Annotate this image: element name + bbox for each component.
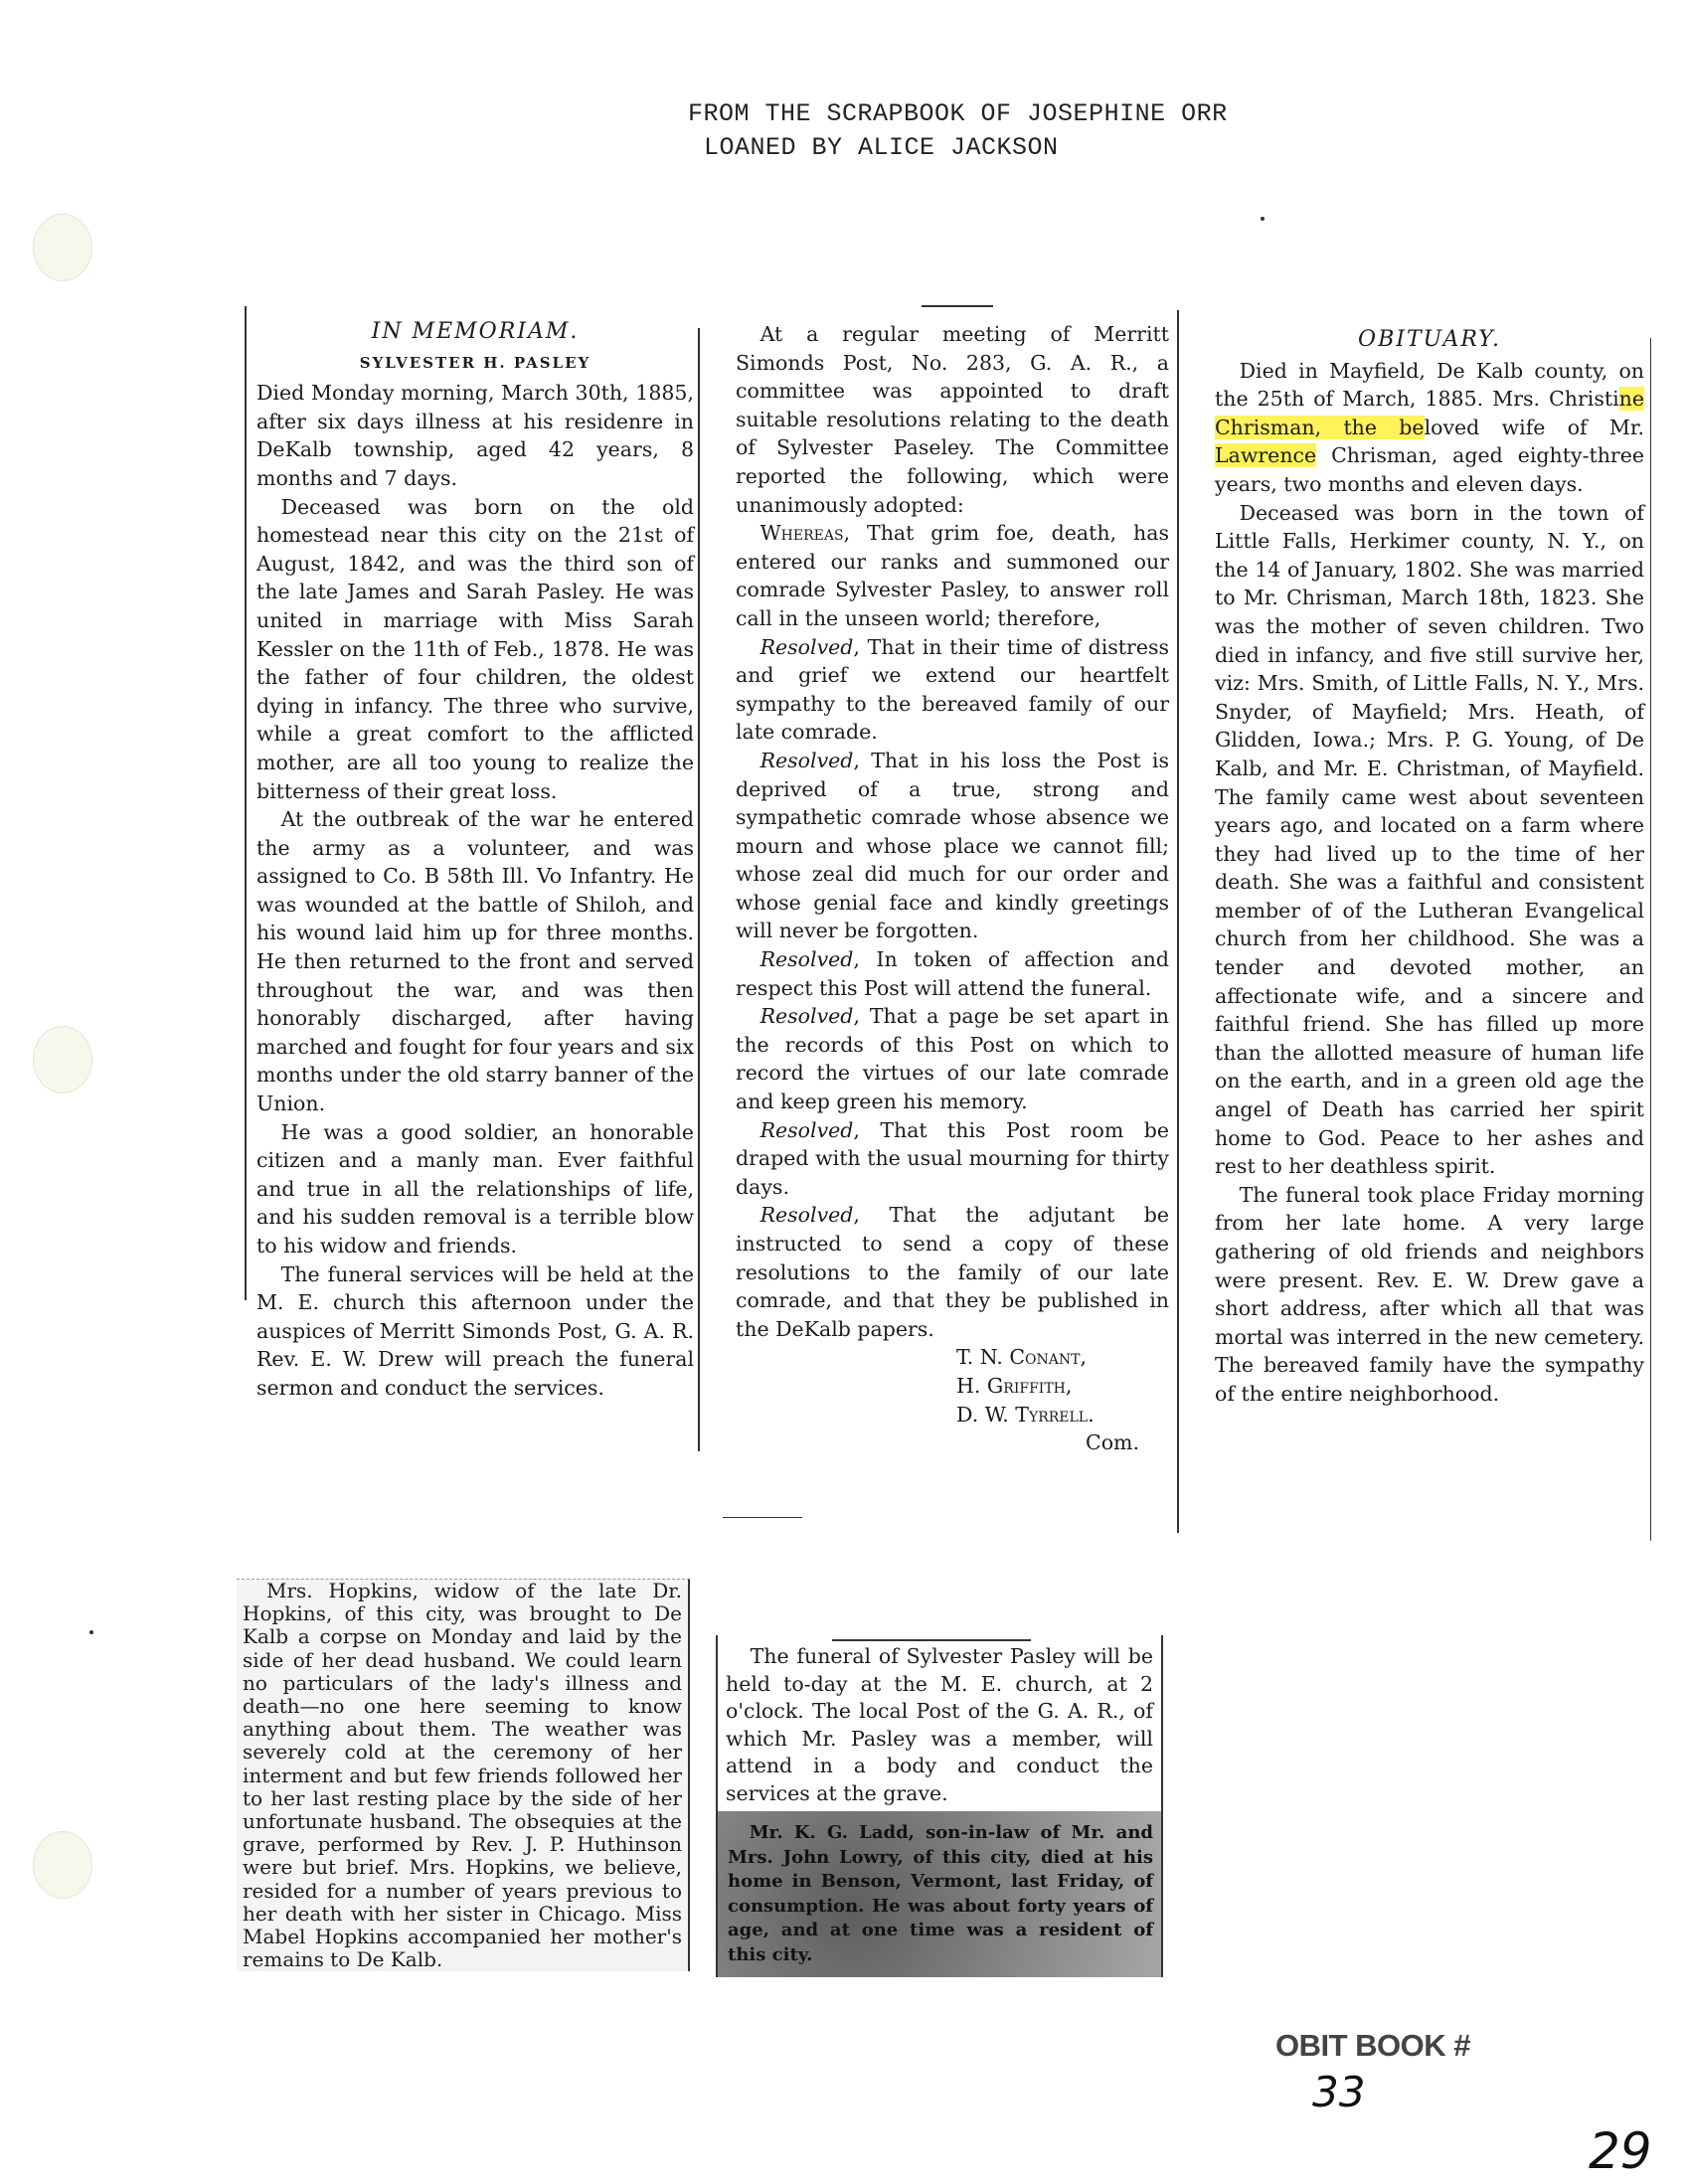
whereas-paragraph: Whereas, That grim foe, death, has enter… — [736, 519, 1169, 632]
resolution-item: Resolved, That this Post room be draped … — [736, 1116, 1169, 1202]
resolution-item: Resolved, In token of affection and resp… — [736, 945, 1169, 1002]
memoriam-paragraph: Deceased was born on the old homestead n… — [256, 493, 694, 806]
hopkins-clipping: Mrs. Hopkins, widow of the late Dr. Hopk… — [237, 1579, 690, 1971]
speck — [89, 1630, 93, 1634]
column-rule-left — [245, 306, 247, 1300]
separator-rule — [723, 1517, 802, 1518]
resolved-label: Resolved — [760, 1004, 854, 1028]
whereas-label: Whereas — [760, 521, 844, 545]
header-line-1: FROM THE SCRAPBOOK OF JOSEPHINE ORR — [688, 97, 1228, 131]
memoriam-subtitle: SYLVESTER H. PASLEY — [256, 349, 694, 378]
ladd-clipping: Mr. K. G. Ladd, son-in-law of Mr. and Mr… — [718, 1811, 1161, 1977]
punch-hole-middle — [33, 1026, 92, 1093]
resolved-label: Resolved — [760, 635, 854, 659]
obituary-paragraph: Died in Mayfield, De Kalb county, on the… — [1215, 357, 1644, 499]
signature: D. W. Tyrrell. — [956, 1401, 1095, 1429]
text: loved wife of Mr. — [1425, 416, 1644, 439]
header-line-2: LOANED BY ALICE JACKSON — [688, 131, 1228, 165]
punch-hole-top — [33, 214, 92, 281]
resolution-item: Resolved, That the adjutant be instructe… — [736, 1201, 1169, 1343]
text: Died in Mayfield, De Kalb county, on the… — [1215, 359, 1644, 412]
signature: T. N. Conant, — [956, 1343, 1087, 1372]
memoriam-paragraph: He was a good soldier, an honorable citi… — [256, 1118, 694, 1260]
committee-label: Com. — [956, 1428, 1139, 1457]
separator-rule — [922, 305, 993, 307]
funeral-notice-body: The funeral of Sylvester Pasley will be … — [718, 1641, 1161, 1811]
resolution-item: Resolved, That in their time of distress… — [736, 633, 1169, 747]
obituary-title: OBITUARY. — [1215, 326, 1644, 355]
column-rule — [1650, 338, 1651, 1541]
funeral-notice-clipping: The funeral of Sylvester Pasley will be … — [716, 1635, 1163, 1977]
funeral-notice-text: The funeral of Sylvester Pasley will be … — [726, 1643, 1153, 1807]
obituary-paragraph: The funeral took place Friday morning fr… — [1215, 1181, 1644, 1409]
resolved-label: Resolved — [760, 1203, 854, 1227]
resolved-label: Resolved — [760, 749, 854, 772]
obit-book-label: OBIT BOOK # — [1275, 2028, 1470, 2064]
resolutions-clipping: At a regular meeting of Merritt Simonds … — [736, 320, 1169, 1457]
page-number: 29 — [1589, 2122, 1652, 2180]
column-rule — [698, 328, 700, 1451]
in-memoriam-clipping: IN MEMORIAM. SYLVESTER H. PASLEY Died Mo… — [256, 318, 694, 1403]
resolution-item: Resolved, That in his loss the Post is d… — [736, 747, 1169, 945]
obituary-paragraph: Deceased was born in the town of Little … — [1215, 499, 1644, 1181]
signatures: T. N. Conant, H. Griffith, D. W. Tyrrell… — [736, 1343, 1169, 1456]
column-rule — [1177, 310, 1179, 1533]
hopkins-text: Mrs. Hopkins, widow of the late Dr. Hopk… — [243, 1580, 682, 1971]
resolved-label: Resolved — [760, 947, 854, 971]
obit-book-number: 33 — [1312, 2068, 1365, 2116]
scrapbook-header: FROM THE SCRAPBOOK OF JOSEPHINE ORR LOAN… — [688, 97, 1228, 165]
memoriam-title: IN MEMORIAM. — [256, 318, 694, 347]
signature: H. Griffith, — [956, 1372, 1072, 1401]
punch-hole-bottom — [33, 1831, 92, 1899]
ladd-text: Mr. K. G. Ladd, son-in-law of Mr. and Mr… — [728, 1821, 1153, 1967]
memoriam-paragraph: The funeral services will be held at the… — [256, 1260, 694, 1403]
obituary-clipping: OBITUARY. Died in Mayfield, De Kalb coun… — [1215, 326, 1644, 1409]
resolutions-intro: At a regular meeting of Merritt Simonds … — [736, 320, 1169, 519]
highlighted-text: Lawrence — [1215, 443, 1316, 467]
resolution-item: Resolved, That a page be set apart in th… — [736, 1002, 1169, 1115]
resolved-label: Resolved — [760, 1118, 854, 1142]
speck — [1261, 217, 1265, 221]
memoriam-paragraph: At the outbreak of the war he entered th… — [256, 805, 694, 1118]
memoriam-paragraph: Died Monday morning, March 30th, 1885, a… — [256, 379, 694, 492]
resolution-text: , That in his loss the Post is deprived … — [736, 749, 1169, 943]
